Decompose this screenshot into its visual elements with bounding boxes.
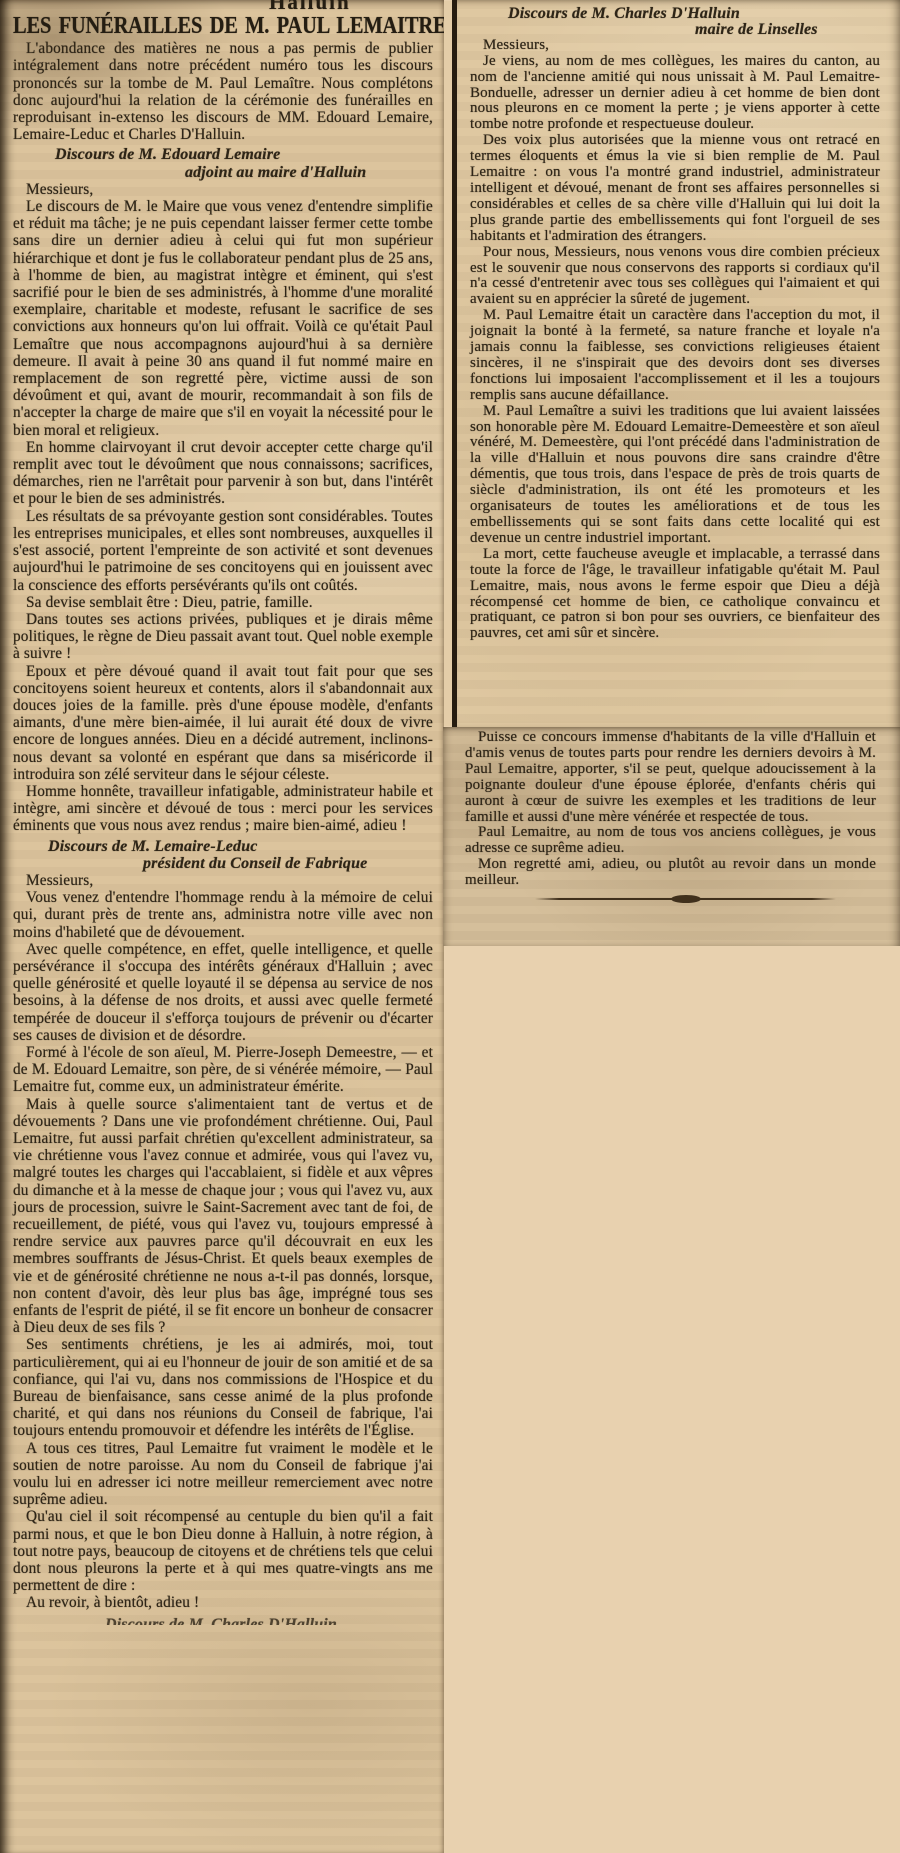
scrapbook-page: Halluin LES FUNÉRAILLES DE M. PAUL LEMAI… — [0, 0, 900, 1853]
speech1-paragraph: Le discours de M. le Maire que vous vene… — [13, 198, 433, 439]
speech2-paragraph: Vous venez d'entendre l'hommage rendu à … — [13, 889, 433, 941]
speech3-paragraph: M. Paul Lemaître a suivi les traditions … — [470, 404, 880, 547]
speech2-paragraph: Mais à quelle source s'alimentaient tant… — [13, 1096, 433, 1337]
speech3-salutation: Messieurs, — [470, 38, 880, 54]
speech3-subtitle: maire de Linselles — [470, 22, 880, 38]
speech2-paragraph: Ses sentiments chrétiens, je les ai admi… — [13, 1336, 433, 1439]
end-rule — [535, 898, 836, 900]
speech3-paragraph: Pour nous, Messieurs, nous venons vous d… — [470, 245, 880, 309]
speech2-paragraph: Avec quelle compétence, en effet, quelle… — [13, 941, 433, 1044]
speech1-paragraph: Dans toutes ses actions privées, publiqu… — [13, 611, 433, 663]
masthead-halluin: Halluin — [13, 0, 433, 11]
speech3-paragraph: Je viens, au nom de mes collègues, les m… — [470, 54, 880, 134]
speech3-paragraph: Paul Lemaitre, au nom de tous vos ancien… — [465, 825, 876, 857]
speech2-paragraph: Qu'au ciel il soit récompensé au centupl… — [13, 1508, 433, 1594]
speech3-paragraph: Mon regretté ami, adieu, ou plutôt au re… — [465, 857, 876, 889]
article-intro: L'abondance des matières ne nous a pas p… — [13, 40, 433, 143]
right-newspaper-clipping-top: Discours de M. Charles D'Halluin maire d… — [452, 0, 900, 727]
speech1-salutation: Messieurs, — [13, 181, 433, 198]
speech1-paragraph: Homme honnête, travailleur infatigable, … — [13, 783, 433, 835]
speech3-paragraph: M. Paul Lemaitre était un caractère dans… — [470, 308, 880, 403]
speech2-title: Discours de M. Lemaire-Leduc — [13, 838, 433, 855]
speech3-paragraph: Puisse ce concours immense d'habitants d… — [465, 730, 876, 825]
speech1-subtitle: adjoint au maire d'Halluin — [13, 164, 433, 181]
right-newspaper-clipping-bottom: Puisse ce concours immense d'habitants d… — [443, 727, 900, 946]
speech1-paragraph: Les résultats de sa prévoyante gestion s… — [13, 508, 433, 594]
speech2-paragraph: A tous ces titres, Paul Lemaitre fut vra… — [13, 1440, 433, 1509]
speech3-paragraph: La mort, cette faucheuse aveugle et impl… — [470, 547, 880, 642]
speech1-paragraph: Epoux et père dévoué quand il avait tout… — [13, 663, 433, 783]
speech1-paragraph: Sa devise semblait être : Dieu, patrie, … — [13, 594, 433, 611]
speech2-paragraph: Formé à l'école de son aïeul, M. Pierre-… — [13, 1044, 433, 1096]
speech2-subtitle: président du Conseil de Fabrique — [13, 855, 433, 872]
cutoff-next-heading: Discours de M. Charles D'Halluin — [13, 1616, 433, 1625]
speech3-paragraph: Des voix plus autorisées que la mienne v… — [470, 133, 880, 244]
speech1-paragraph: En homme clairvoyant il crut devoir acce… — [13, 439, 433, 508]
speech3-title: Discours de M. Charles D'Halluin — [470, 6, 880, 22]
left-newspaper-clipping: Halluin LES FUNÉRAILLES DE M. PAUL LEMAI… — [0, 0, 444, 1853]
speech2-salutation: Messieurs, — [13, 872, 433, 889]
speech2-paragraph: Au revoir, à bientôt, adieu ! — [13, 1594, 433, 1611]
article-headline: LES FUNÉRAILLES DE M. PAUL LEMAITRE — [13, 17, 433, 37]
end-rule-leaf-ornament — [671, 895, 701, 903]
speech1-title: Discours de M. Edouard Lemaire — [13, 146, 433, 163]
